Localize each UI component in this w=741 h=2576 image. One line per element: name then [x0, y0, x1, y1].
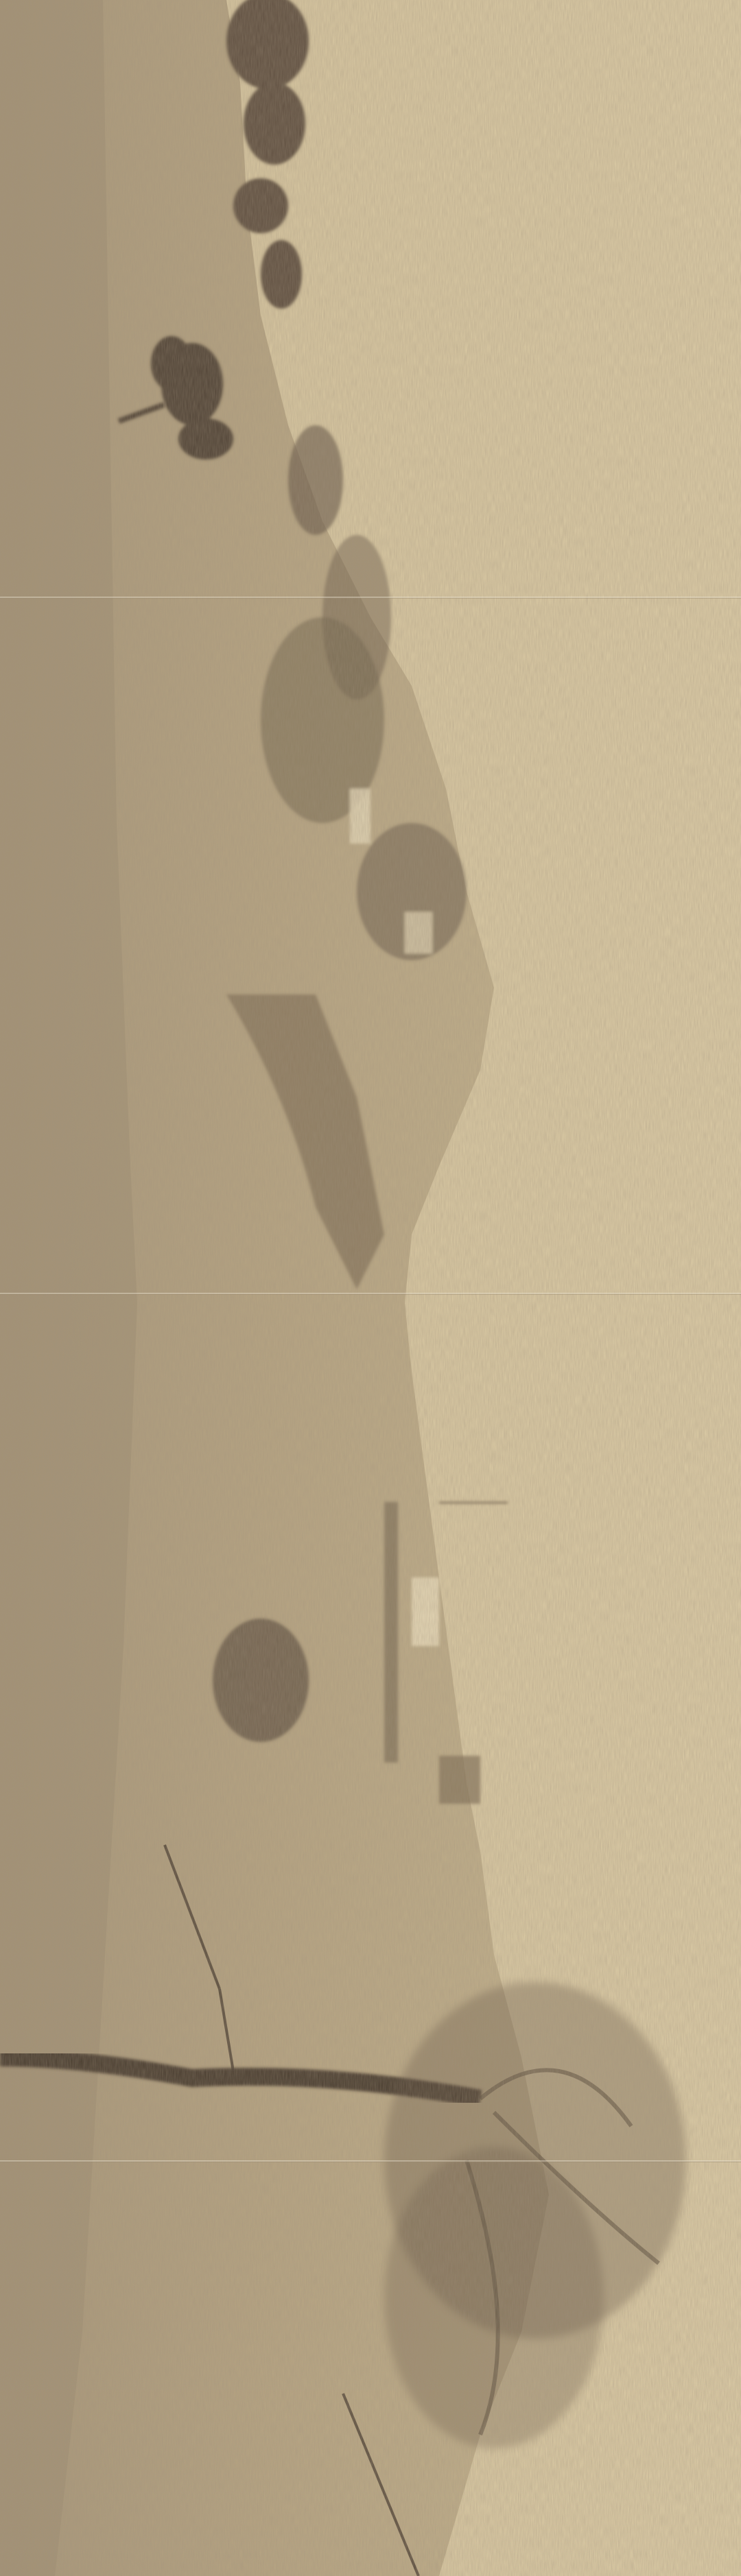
- fold-crease: [0, 2160, 741, 2162]
- sepia-landscape-photo: [0, 0, 741, 2576]
- fold-crease: [0, 1293, 741, 1295]
- fold-crease: [0, 597, 741, 599]
- grain-overlay: [0, 0, 741, 2576]
